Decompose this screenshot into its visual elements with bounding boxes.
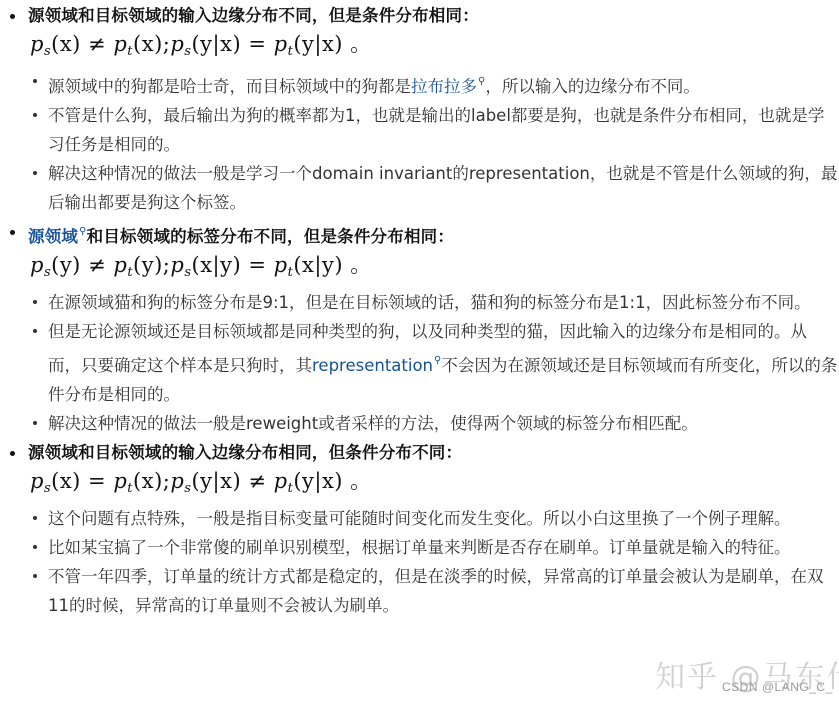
section-heading: 源领域和目标领域的输入边缘分布相同，但条件分布不同：: [28, 440, 839, 466]
bullet-icon: [10, 230, 15, 235]
list-item: 不管一年四季，订单量的统计方式都是稳定的，但是在淡季的时候，异常高的订单量会被认…: [28, 562, 839, 620]
heading-link-source-domain[interactable]: 源领域: [28, 227, 78, 246]
heading-text: 和目标领域的标签分布不同，但是条件分布相同：: [87, 227, 454, 246]
list-item: 在源领域猫和狗的标签分布是9:1，但是在目标领域的话，猫和狗的标签分布是1:1，…: [28, 288, 839, 317]
bullet-icon: [33, 574, 37, 578]
document: 源领域和目标领域的输入边缘分布不同，但是条件分布相同： ps(x) ≠ pt(x…: [0, 0, 839, 620]
formula: ps(y) ≠ pt(y);ps(x|y) = pt(x|y) 。: [28, 250, 839, 288]
heading-text: 源领域和目标领域的输入边缘分布不同，但是条件分布相同：: [28, 6, 479, 25]
bullet-icon: [33, 545, 37, 549]
link-representation[interactable]: representation: [312, 356, 433, 375]
list-item: 源领域中的狗都是哈士奇，而目标领域中的狗都是拉布拉多⚲，所以输入的边缘分布不同。: [28, 67, 839, 101]
bullet-icon: [33, 79, 37, 83]
formula: ps(x) ≠ pt(x);ps(y|x) = pt(y|x) 。: [28, 29, 839, 67]
formula: ps(x) = pt(x);ps(y|x) ≠ pt(y|x) 。: [28, 466, 839, 504]
bullet-icon: [10, 451, 15, 456]
bullet-icon: [33, 329, 37, 333]
link-labrador[interactable]: 拉布拉多: [411, 77, 477, 96]
section-1: 源领域和目标领域的输入边缘分布不同，但是条件分布相同： ps(x) ≠ pt(x…: [0, 3, 839, 217]
section-heading: 源领域⚲和目标领域的标签分布不同，但是条件分布相同：: [28, 219, 839, 250]
section-2: 源领域⚲和目标领域的标签分布不同，但是条件分布相同： ps(y) ≠ pt(y)…: [0, 219, 839, 438]
bullet-icon: [33, 300, 37, 304]
bullet-icon: [10, 14, 15, 19]
heading-text: 源领域和目标领域的输入边缘分布相同，但条件分布不同：: [28, 443, 462, 462]
list-item: 这个问题有点特殊，一般是指目标变量可能随时间变化而发生变化。所以小白这里换了一个…: [28, 504, 839, 533]
list-item: 但是无论源领域还是目标领域都是同种类型的狗，以及同种类型的猫，因此输入的边缘分布…: [28, 317, 839, 409]
search-icon[interactable]: ⚲: [79, 219, 87, 245]
list-item: 解决这种情况的做法一般是reweight或者采样的方法，使得两个领域的标签分布相…: [28, 409, 839, 438]
bullet-icon: [33, 421, 37, 425]
bullet-icon: [33, 113, 37, 117]
section-heading: 源领域和目标领域的输入边缘分布不同，但是条件分布相同：: [28, 3, 839, 29]
list-item: 不管是什么狗，最后输出为狗的概率都为1，也就是输出的label都要是狗，也就是条…: [28, 101, 839, 159]
csdn-watermark: CSDN @LANG_C_: [722, 680, 833, 694]
list-item: 解决这种情况的做法一般是学习一个domain invariant的represe…: [28, 159, 839, 217]
bullet-icon: [33, 516, 37, 520]
section-3: 源领域和目标领域的输入边缘分布相同，但条件分布不同： ps(x) = pt(x)…: [0, 440, 839, 620]
bullet-icon: [33, 171, 37, 175]
list-item: 比如某宝搞了一个非常傻的刷单识别模型，根据订单量来判断是否存在刷单。订单量就是输…: [28, 533, 839, 562]
